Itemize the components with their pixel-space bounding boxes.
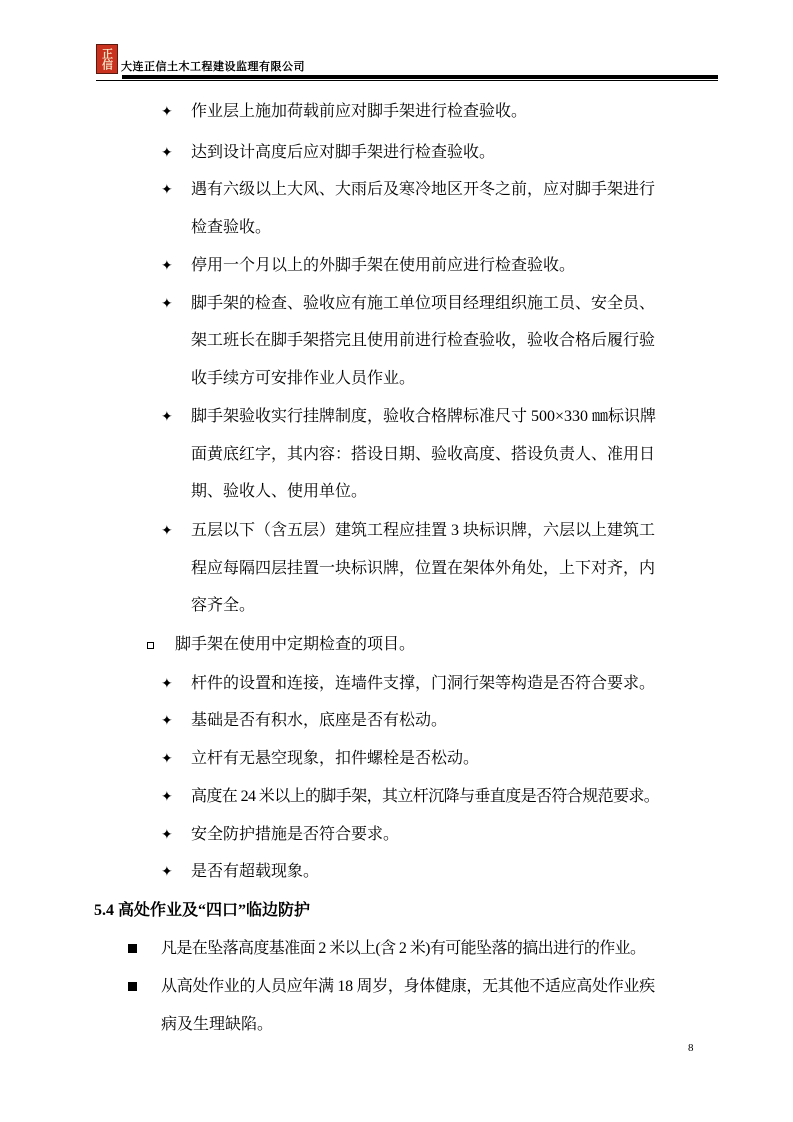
list-item: 杆件的设置和连接，连墙件支撑，门洞行架等构造是否符合要求。 <box>191 674 655 694</box>
list-item-continuation: 收手续方可安排作业人员作业。 <box>191 369 415 389</box>
list-item: 遇有六级以上大风、大雨后及寒冷地区开冬之前，应对脚手架进行 <box>191 180 655 200</box>
star-bullet-icon: ✦ <box>161 180 173 200</box>
list-item-continuation: 架工班长在脚手架搭完且使用前进行检查验收，验收合格后履行验 <box>191 331 655 351</box>
list-item: 从高处作业的人员应年满 18 周岁，身体健康，无其他不适应高处作业疾 <box>161 977 655 997</box>
list-item: 是否有超载现象。 <box>191 862 319 882</box>
list-item: 五层以下（含五层）建筑工程应挂置 3 块标识牌，六层以上建筑工 <box>191 521 655 541</box>
list-item: 基础是否有积水，底座是否有松动。 <box>191 711 447 731</box>
list-item: 高度在 24 米以上的脚手架，其立杆沉降与垂直度是否符合规范要求。 <box>191 787 659 807</box>
list-item: 脚手架验收实行挂牌制度，验收合格牌标准尺寸 500×330 ㎜标识牌 <box>191 407 656 427</box>
star-bullet-icon: ✦ <box>161 256 173 276</box>
list-item-continuation: 程应每隔四层挂置一块标识牌，位置在架体外角处，上下对齐，内 <box>191 559 655 579</box>
star-bullet-icon: ✦ <box>161 521 173 541</box>
list-item: 达到设计高度后应对脚手架进行检查验收。 <box>191 143 495 163</box>
star-bullet-icon: ✦ <box>161 787 173 807</box>
list-item: 脚手架的检查、验收应有施工单位项目经理组织施工员、安全员、 <box>191 294 655 314</box>
list-item-continuation: 病及生理缺陷。 <box>161 1015 273 1035</box>
list-item-continuation: 容齐全。 <box>191 596 255 616</box>
star-bullet-icon: ✦ <box>161 825 173 845</box>
company-name: 大连正信土木工程建设监理有限公司 <box>121 58 305 74</box>
section-heading: 5.4 高处作业及“四口”临边防护 <box>94 901 310 921</box>
filled-square-bullet-icon <box>128 944 137 953</box>
list-item: 停用一个月以上的外脚手架在使用前应进行检查验收。 <box>191 256 575 276</box>
list-item: 凡是在坠落高度基准面 2 米以上(含 2 米)有可能坠落的搞出进行的作业。 <box>161 939 645 959</box>
page-header: 正信 大连正信土木工程建设监理有限公司 <box>96 44 718 84</box>
star-bullet-icon: ✦ <box>161 407 173 427</box>
star-bullet-icon: ✦ <box>161 862 173 882</box>
company-logo: 正信 <box>96 44 118 74</box>
list-item-continuation: 期、验收人、使用单位。 <box>191 482 367 502</box>
logo-text: 正信 <box>102 48 113 70</box>
list-item: 安全防护措施是否符合要求。 <box>191 825 399 845</box>
list-item-continuation: 面黄底红字，其内容：搭设日期、验收高度、搭设负责人、准用日 <box>191 445 655 465</box>
star-bullet-icon: ✦ <box>161 294 173 314</box>
star-bullet-icon: ✦ <box>161 674 173 694</box>
list-item: 作业层上施加荷载前应对脚手架进行检查验收。 <box>191 102 527 122</box>
star-bullet-icon: ✦ <box>161 711 173 731</box>
star-bullet-icon: ✦ <box>161 102 173 122</box>
filled-square-bullet-icon <box>128 982 137 991</box>
header-rule-thin <box>96 80 718 81</box>
list-item-continuation: 检查验收。 <box>191 218 271 238</box>
star-bullet-icon: ✦ <box>161 143 173 163</box>
header-rule-thick <box>122 75 718 79</box>
page-number: 8 <box>688 1042 694 1054</box>
subsection-title: 脚手架在使用中定期检查的项目。 <box>175 635 415 655</box>
list-item: 立杆有无悬空现象，扣件螺栓是否松动。 <box>191 749 479 769</box>
hollow-square-bullet-icon <box>147 642 154 649</box>
star-bullet-icon: ✦ <box>161 749 173 769</box>
